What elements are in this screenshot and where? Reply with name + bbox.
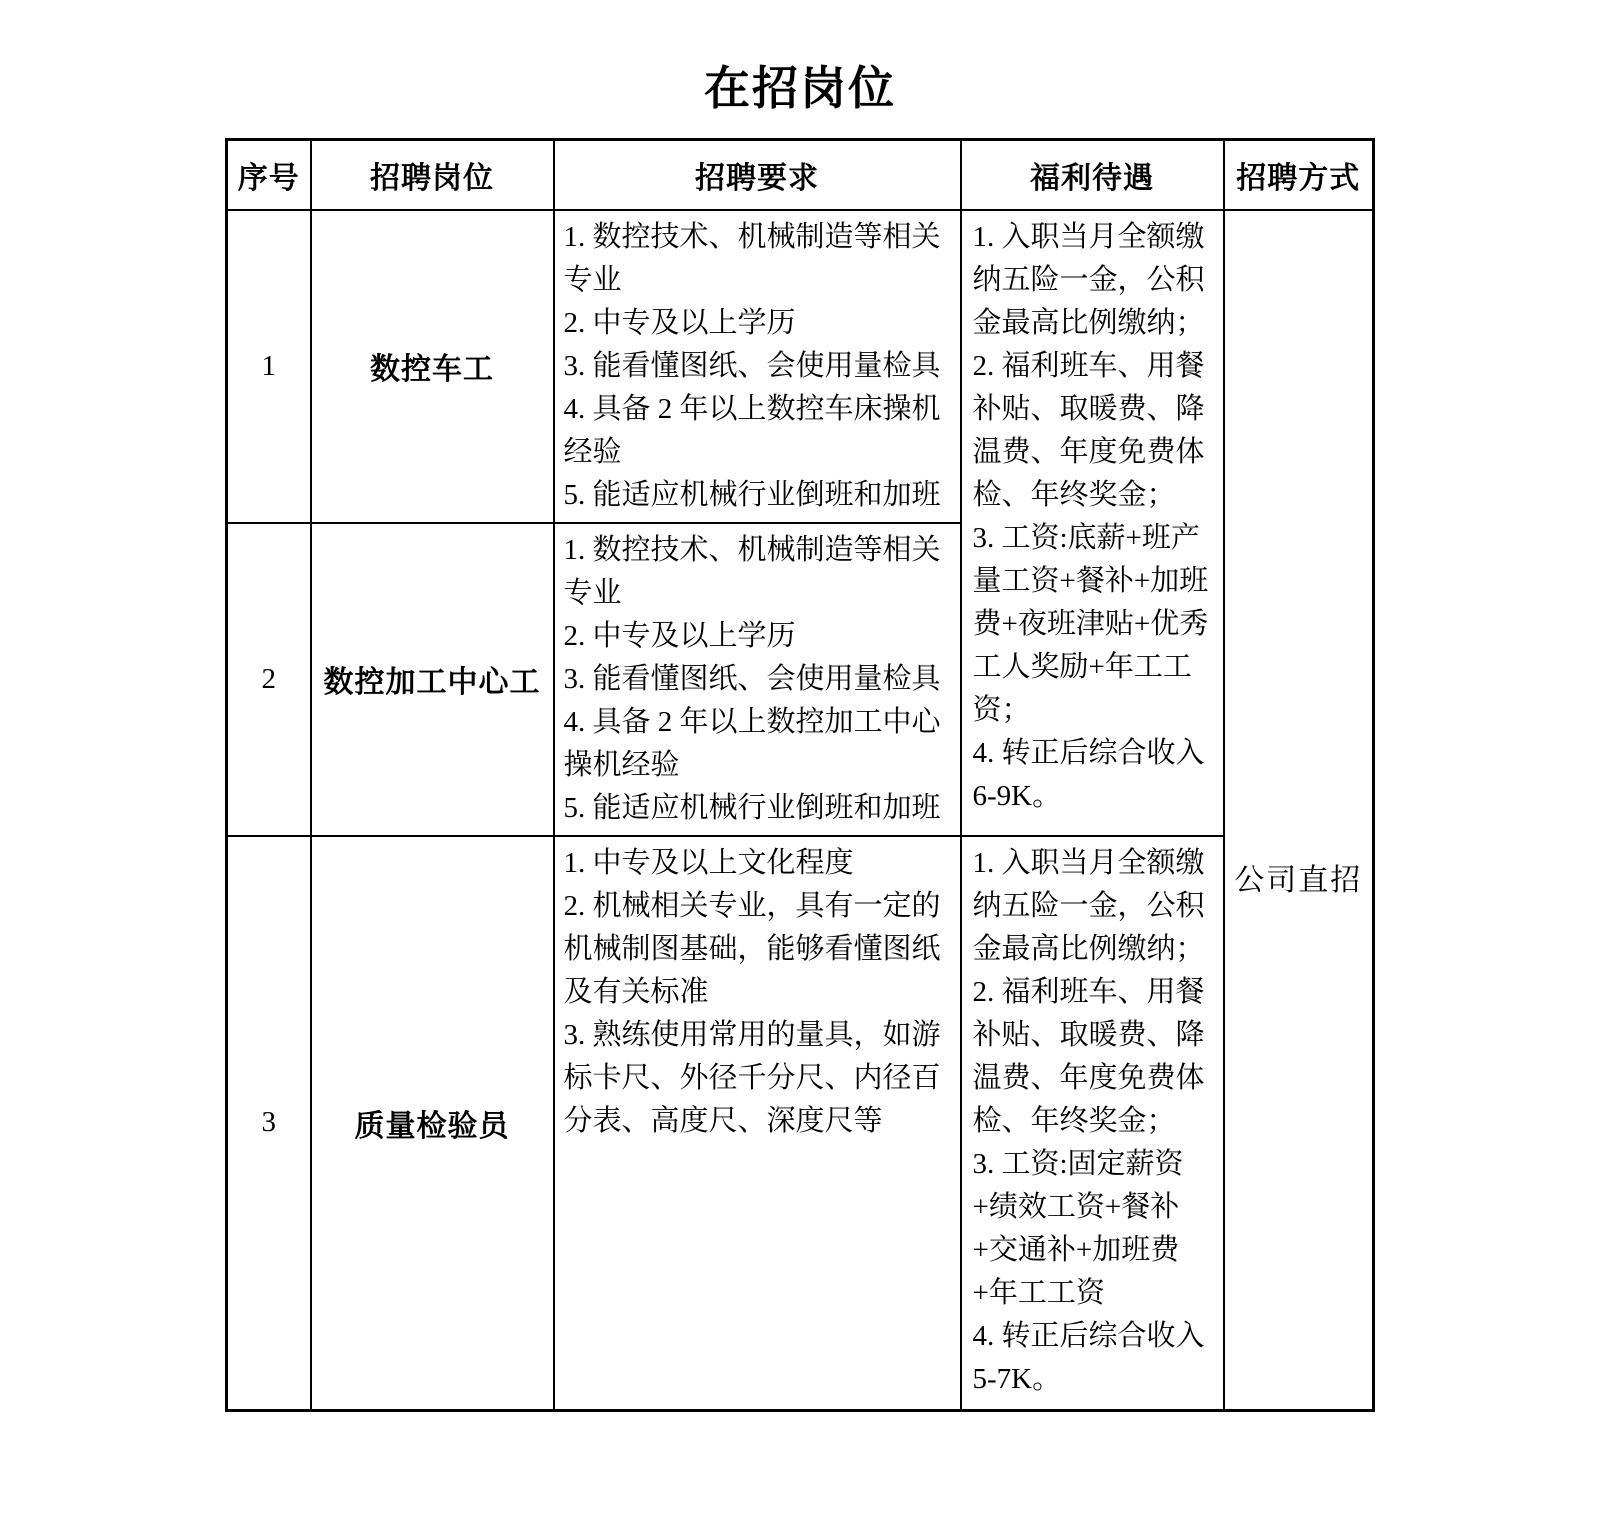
header-position: 招聘岗位 [311,140,554,210]
jobs-table: 序号 招聘岗位 招聘要求 福利待遇 招聘方式 1 数控车工 1. 数控技术、机械… [225,138,1375,1412]
requirement-item: 2. 中专及以上学历 [564,615,952,658]
requirement-item: 3. 熟练使用常用的量具，如游标卡尺、外径千分尺、内径百分表、高度尺、深度尺等 [564,1014,952,1143]
requirement-item: 5. 能适应机械行业倒班和加班 [564,474,952,517]
requirement-item: 1. 数控技术、机械制造等相关专业 [564,529,952,615]
header-benefits: 福利待遇 [961,140,1224,210]
header-row: 序号 招聘岗位 招聘要求 福利待遇 招聘方式 [227,140,1374,210]
benefit-item: 1. 入职当月全额缴纳五险一金，公积金最高比例缴纳； [973,842,1211,971]
requirements-cell-3: 1. 中专及以上文化程度 2. 机械相关专业，具有一定的机械制图基础，能够看懂图… [554,836,961,1411]
benefit-item: 3. 工资:固定薪资+绩效工资+餐补+交通补+加班费+年工工资 [973,1143,1211,1315]
benefits-cell-rows-1-2: 1. 入职当月全额缴纳五险一金，公积金最高比例缴纳； 2. 福利班车、用餐补贴、… [961,210,1224,836]
requirements-cell-2: 1. 数控技术、机械制造等相关专业 2. 中专及以上学历 3. 能看懂图纸、会使… [554,523,961,836]
requirement-item: 4. 具备 2 年以上数控车床操机经验 [564,388,952,474]
header-seq-no: 序号 [227,140,311,210]
seq-no-1: 1 [227,210,311,523]
benefit-item: 4. 转正后综合收入5-7K。 [973,1315,1211,1401]
benefits-cell-row-3: 1. 入职当月全额缴纳五险一金，公积金最高比例缴纳； 2. 福利班车、用餐补贴、… [961,836,1224,1411]
requirement-item: 3. 能看懂图纸、会使用量检具 [564,658,952,701]
table-row-1: 1 数控车工 1. 数控技术、机械制造等相关专业 2. 中专及以上学历 3. 能… [227,210,1374,523]
benefit-item: 1. 入职当月全额缴纳五险一金，公积金最高比例缴纳； [973,216,1211,345]
page-title: 在招岗位 [0,0,1600,118]
requirement-item: 1. 中专及以上文化程度 [564,842,952,885]
requirement-item: 1. 数控技术、机械制造等相关专业 [564,216,952,302]
benefit-item: 3. 工资:底薪+班产量工资+餐补+加班费+夜班津贴+优秀工人奖励+年工工资； [973,517,1211,732]
requirement-item: 4. 具备 2 年以上数控加工中心操机经验 [564,701,952,787]
benefit-item: 4. 转正后综合收入6-9K。 [973,732,1211,818]
header-requirements: 招聘要求 [554,140,961,210]
position-name-2: 数控加工中心工 [311,523,554,836]
position-name-3: 质量检验员 [311,836,554,1411]
seq-no-2: 2 [227,523,311,836]
requirement-item: 2. 中专及以上学历 [564,302,952,345]
benefit-item: 2. 福利班车、用餐补贴、取暖费、降温费、年度免费体检、年终奖金； [973,345,1211,517]
requirement-item: 5. 能适应机械行业倒班和加班 [564,787,952,830]
header-recruit-method: 招聘方式 [1224,140,1374,210]
table-row-3: 3 质量检验员 1. 中专及以上文化程度 2. 机械相关专业，具有一定的机械制图… [227,836,1374,1411]
requirements-cell-1: 1. 数控技术、机械制造等相关专业 2. 中专及以上学历 3. 能看懂图纸、会使… [554,210,961,523]
recruit-method-cell: 公司直招 [1224,210,1374,1411]
requirement-item: 3. 能看懂图纸、会使用量检具 [564,345,952,388]
benefit-item: 2. 福利班车、用餐补贴、取暖费、降温费、年度免费体检、年终奖金； [973,971,1211,1143]
document-page: 在招岗位 序号 招聘岗位 招聘要求 福利待遇 招聘方式 1 数控车工 1. 数控… [0,0,1600,1531]
seq-no-3: 3 [227,836,311,1411]
requirement-item: 2. 机械相关专业，具有一定的机械制图基础，能够看懂图纸及有关标准 [564,885,952,1014]
position-name-1: 数控车工 [311,210,554,523]
